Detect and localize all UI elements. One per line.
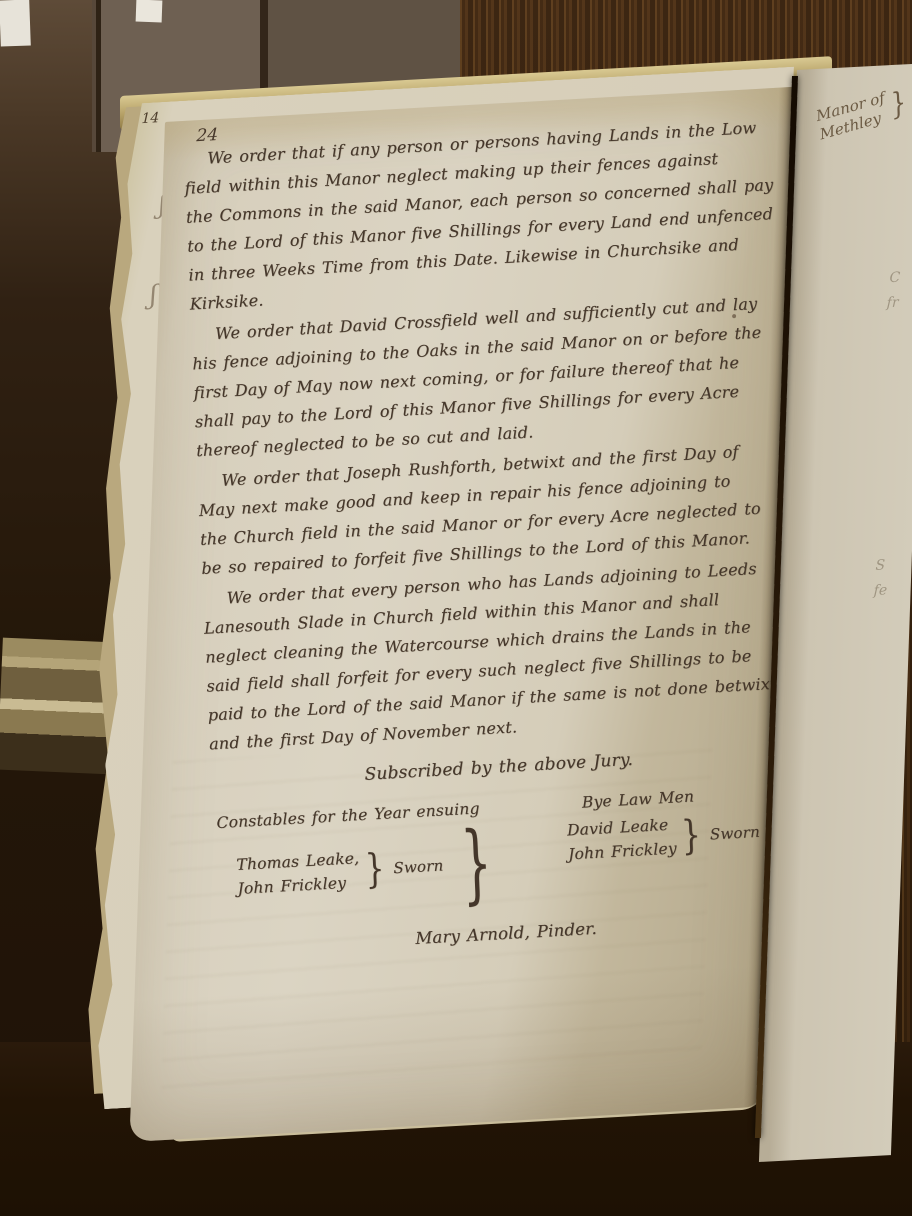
cutoff-text-fragment: fe — [873, 582, 887, 599]
order-paragraph-2: We order that David Crossfield well and … — [190, 288, 772, 465]
pen-flourish: ʃ — [149, 280, 157, 310]
manuscript-text: We order that if any person or persons h… — [182, 105, 794, 964]
constables-group: Constables for the Year ensuing Thomas L… — [216, 794, 506, 918]
byelaw-group: Bye Law Men David Leake John Frickley } … — [547, 780, 761, 868]
sworn-label: Sworn — [393, 856, 444, 877]
paper-scrap — [0, 0, 31, 47]
constables-names: Thomas Leake, John Frickley — [218, 846, 361, 902]
cutoff-text-fragment: C — [889, 270, 900, 287]
photo-of-manor-court-book: 14 ʃ ʃ 24 We order that if any person or… — [0, 0, 912, 1216]
cutoff-text-fragment: fr — [886, 295, 898, 312]
sworn-label: Sworn — [710, 823, 761, 844]
signature-block: Constables for the Year ensuing Thomas L… — [212, 778, 793, 918]
constables-names-row: Thomas Leake, John Frickley } Sworn } — [217, 822, 506, 918]
facing-page-heading: Manor of Methley } — [815, 83, 911, 145]
cutoff-text-fragment: S — [875, 557, 885, 574]
under-page-number: 14 — [141, 110, 159, 127]
paper-tab — [136, 0, 163, 22]
signature-name: John Frickley — [568, 836, 678, 866]
brace-glyph: } — [680, 812, 701, 859]
facing-heading-lines: Manor of Methley — [815, 89, 891, 145]
brace-glyph: } — [888, 92, 907, 115]
shelf-ledge — [0, 638, 117, 775]
order-paragraph-4: We order that every person who has Lands… — [202, 553, 786, 759]
order-paragraph-1: We order that if any person or persons h… — [183, 113, 767, 319]
byelaw-names: David Leake John Frickley — [549, 812, 678, 867]
byelaw-names-row: David Leake John Frickley } Sworn — [549, 808, 761, 868]
group-brace-glyph: } — [460, 823, 494, 904]
brace-glyph: } — [364, 846, 385, 893]
manuscript-page: 24 We order that if any person or person… — [129, 87, 795, 1142]
